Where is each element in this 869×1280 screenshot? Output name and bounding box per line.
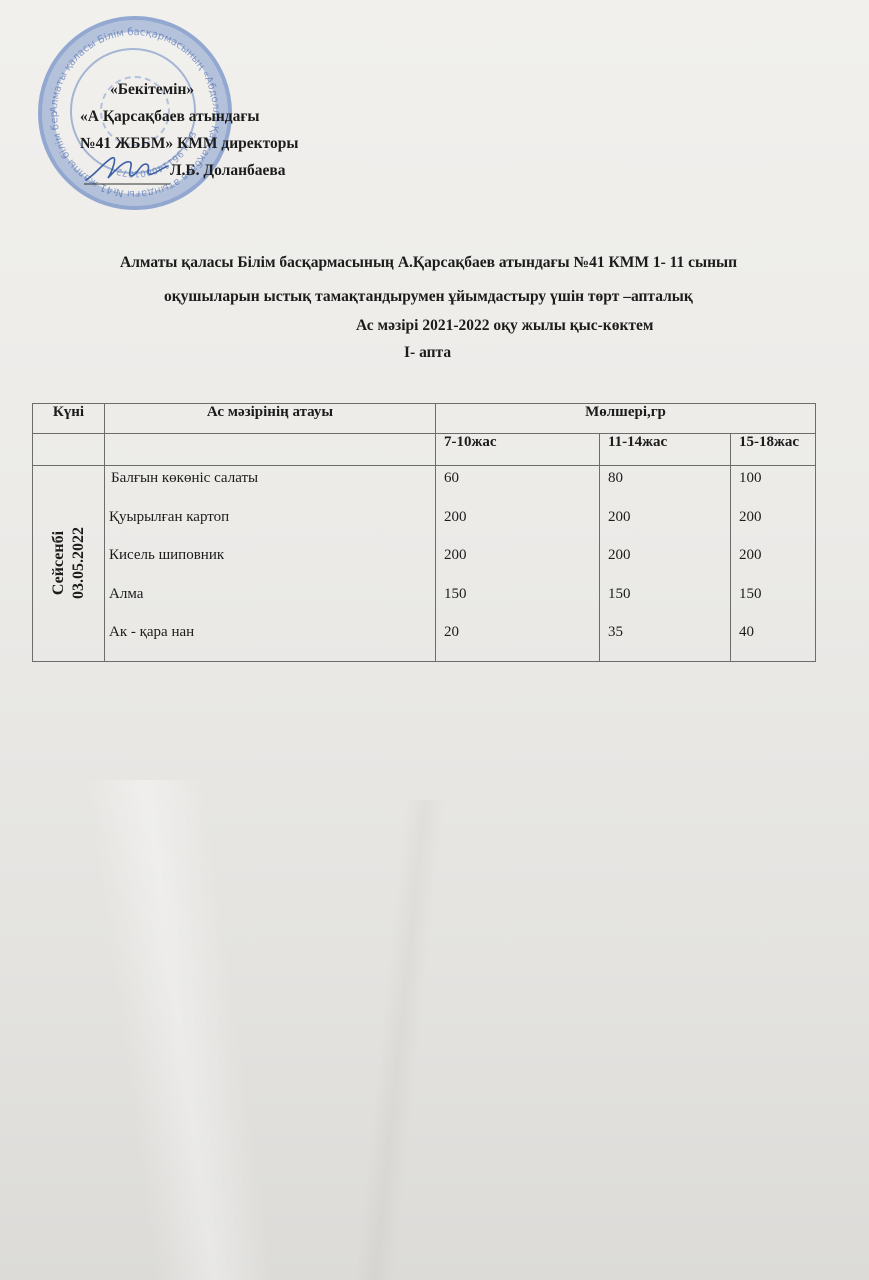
approval-school: «А Қарсақбаев атындағы [80, 103, 298, 130]
age-group-11-14: 11-14жас [600, 434, 731, 466]
qty-value: 60 [436, 468, 599, 507]
paper-shadow-fold [355, 800, 445, 1280]
table-row: Сейсенбі 03.05.2022 Балғын көкөніс салат… [33, 466, 816, 662]
qty-11-14-cell: 80 200 200 150 35 [600, 466, 731, 662]
subheader-empty-name [105, 434, 436, 466]
paper-light-fold [85, 780, 275, 1280]
qty-value: 100 [731, 468, 815, 507]
qty-value: 40 [731, 622, 815, 661]
qty-15-18-cell: 100 200 200 150 40 [731, 466, 816, 662]
qty-value: 150 [731, 584, 815, 623]
qty-value: 200 [731, 507, 815, 546]
signature-icon [82, 152, 172, 186]
day-date: 03.05.2022 [69, 527, 89, 599]
qty-value: 200 [436, 545, 599, 584]
qty-value: 80 [600, 468, 730, 507]
day-name: Сейсенбі [49, 527, 69, 599]
age-group-15-18: 15-18жас [731, 434, 816, 466]
qty-value: 150 [436, 584, 599, 623]
dish-names-cell: Балғын көкөніс салаты Қуырылған картоп К… [105, 466, 436, 662]
qty-value: 200 [600, 545, 730, 584]
table-subheader-row: 7-10жас 11-14жас 15-18жас [33, 434, 816, 466]
header-quantity: Мөлшері,гр [436, 404, 816, 434]
dish-name: Балғын көкөніс салаты [105, 468, 435, 507]
dish-name: Ак - қара нан [105, 622, 435, 661]
document-title-line-1: Алматы қаласы Білім басқармасының А.Қарс… [120, 254, 737, 272]
day-cell: Сейсенбі 03.05.2022 [33, 466, 105, 662]
day-label: Сейсенбі 03.05.2022 [49, 527, 89, 599]
document-title-line-2: оқушыларын ыстық тамақтандырумен ұйымдас… [164, 288, 693, 306]
header-dish-name: Ас мәзірінің атауы [105, 404, 436, 434]
qty-value: 200 [731, 545, 815, 584]
qty-value: 35 [600, 622, 730, 661]
qty-value: 150 [600, 584, 730, 623]
approval-heading: «Бекітемін» [110, 76, 298, 103]
week-label: І- апта [404, 344, 451, 362]
dish-name: Алма [105, 584, 435, 623]
qty-value: 200 [600, 507, 730, 546]
header-day: Күні [33, 404, 105, 434]
dish-name: Қуырылған картоп [105, 507, 435, 546]
qty-value: 20 [436, 622, 599, 661]
document-title-line-3: Ас мәзірі 2021-2022 оқу жылы қыс-көктем [356, 317, 653, 335]
qty-value: 200 [436, 507, 599, 546]
qty-7-10-cell: 60 200 200 150 20 [436, 466, 600, 662]
approval-director-name: Л.Б. Доланбаева [170, 157, 298, 184]
menu-table: Күні Ас мәзірінің атауы Мөлшері,гр 7-10ж… [32, 403, 816, 662]
age-group-7-10: 7-10жас [436, 434, 600, 466]
table-header-row: Күні Ас мәзірінің атауы Мөлшері,гр [33, 404, 816, 434]
subheader-empty-day [33, 434, 105, 466]
dish-name: Кисель шиповник [105, 545, 435, 584]
